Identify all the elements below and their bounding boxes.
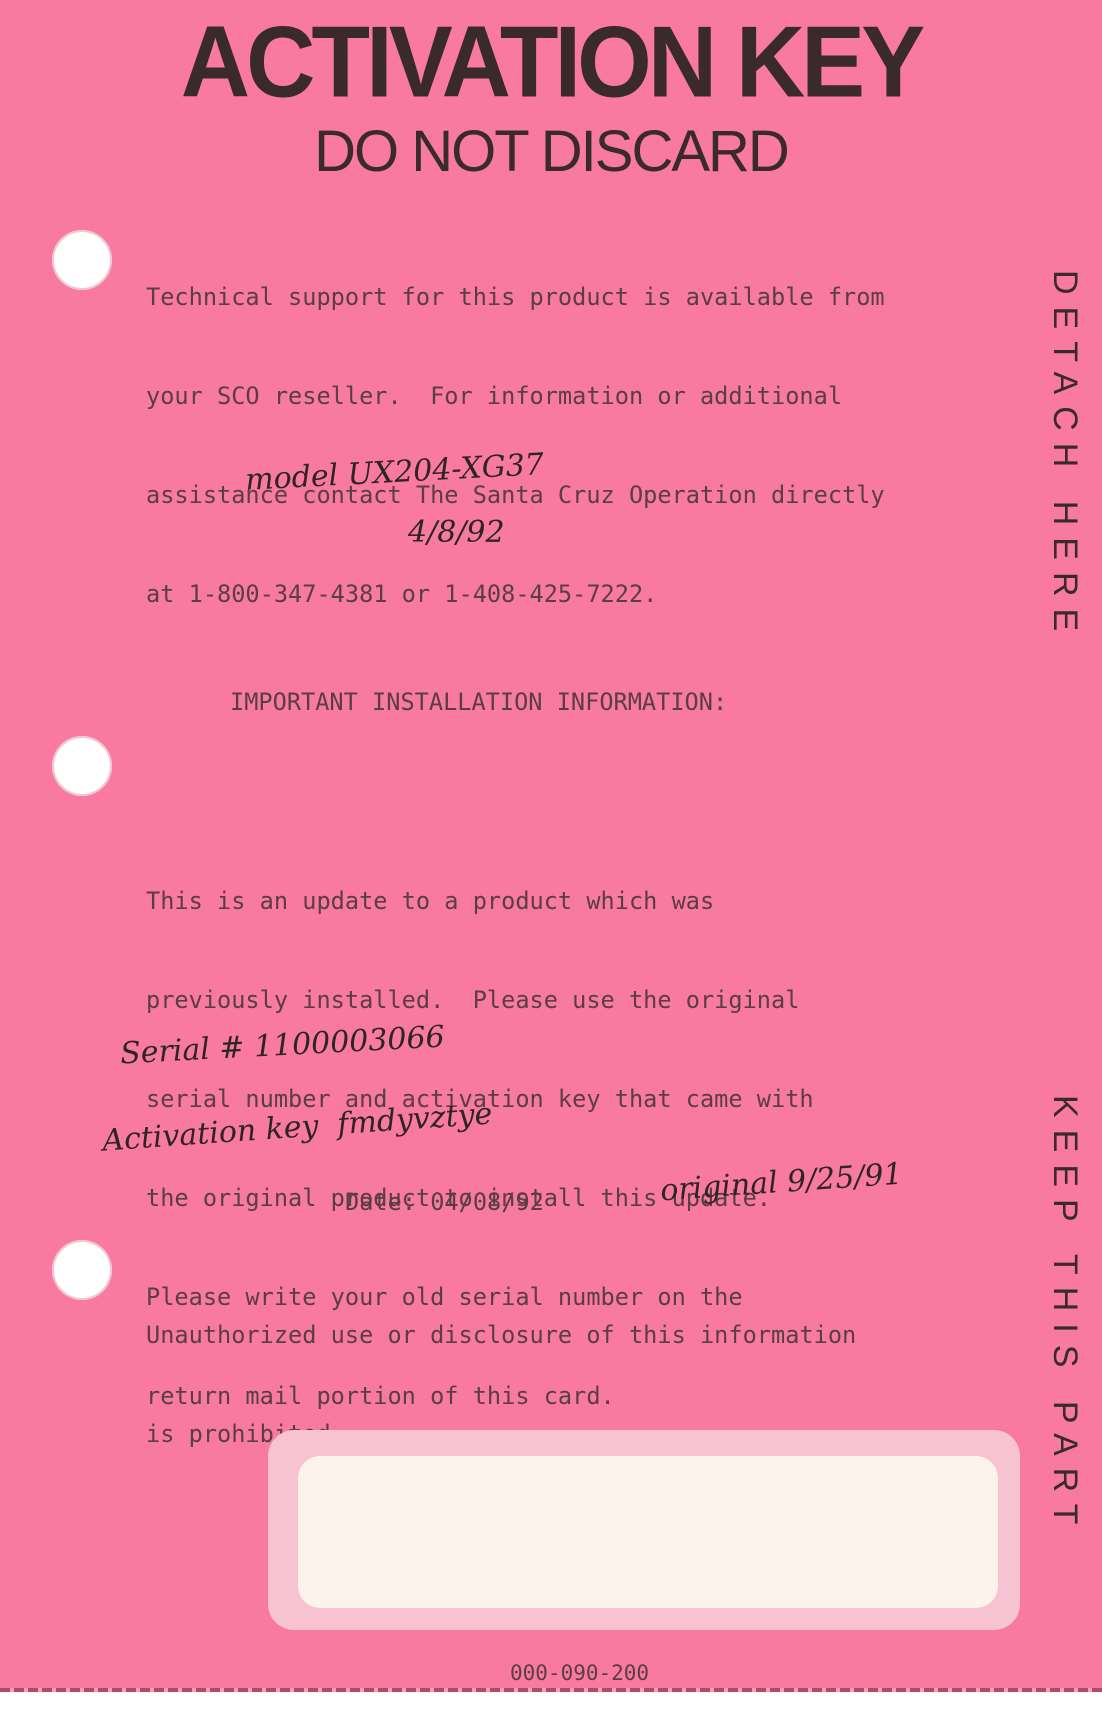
support-text: Technical support for this product is av…	[146, 215, 885, 677]
handwritten-model-date: 4/8/92	[408, 515, 505, 550]
important-heading: IMPORTANT INSTALLATION INFORMATION:	[230, 686, 727, 719]
punch-hole	[52, 1240, 112, 1300]
subheading: DO NOT DISCARD	[0, 118, 1102, 185]
detach-here-text: DETACH HERE	[1045, 270, 1084, 643]
date-label: Date: 04/08/92	[345, 1186, 544, 1219]
form-number: 000-090-200	[510, 1657, 649, 1690]
perforation-edge	[0, 1688, 1102, 1692]
activation-key-card: ACTIVATION KEY DO NOT DISCARD Technical …	[0, 0, 1102, 1690]
heading: ACTIVATION KEY	[0, 5, 1102, 121]
punch-hole	[52, 736, 112, 796]
blank-label-area	[298, 1456, 998, 1608]
punch-hole	[52, 230, 112, 290]
keep-this-part-text: KEEP THIS PART	[1045, 1095, 1084, 1536]
